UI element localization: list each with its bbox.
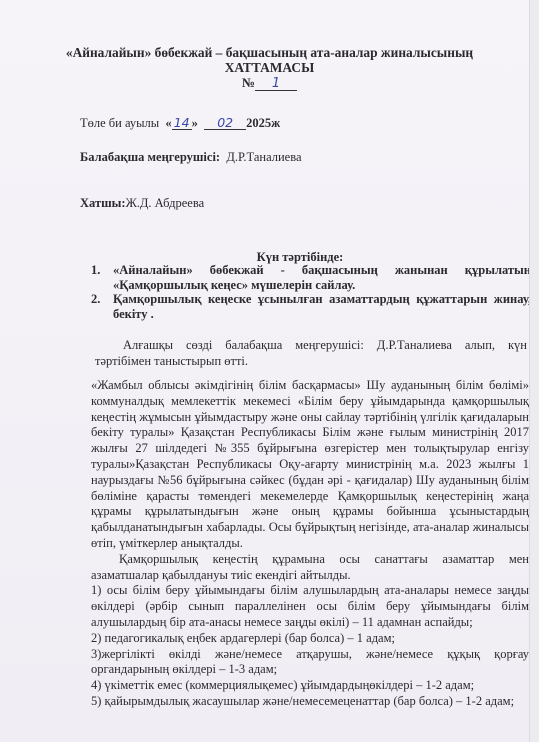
page-edge (529, 0, 539, 742)
opening-paragraph: Алғашқы сөзді балабақша меңгерушісі: Д.Р… (95, 338, 527, 370)
agenda-list: 1.«Айналайын» бөбекжай - бақшасының жаны… (91, 263, 531, 321)
date-year: 2025ж (246, 116, 280, 130)
document-subtitle: ХАТТАМАСЫ (0, 60, 539, 75)
document-page: «Айналайын» бөбекжай – бақшасының ата-ан… (0, 0, 530, 742)
list-item: 3)жергілікті өкілді және/немесе атқарушы… (91, 647, 529, 679)
head-label: Балабақша меңгерушісі: (80, 150, 220, 164)
document-title: «Айналайын» бөбекжай – бақшасының ата-ан… (0, 45, 539, 60)
agenda-item: 2.Қамқоршылық кеңеске ұсынылған азаматта… (91, 292, 531, 321)
document-header: «Айналайын» бөбекжай – бақшасының ата-ан… (0, 45, 539, 91)
place-name: Төле би ауылы (80, 116, 159, 130)
list-item: 5) қайырымдылық жасаушылар және/немесеме… (91, 694, 529, 710)
secretary-name: Ж.Д. Абдреева (126, 196, 205, 210)
number-label: № (242, 75, 255, 90)
list-item: 1) осы білім беру ұйымындағы білім алушы… (91, 583, 529, 630)
head-name: Д.Р.Таналиева (226, 150, 301, 164)
protocol-number: №1 (0, 75, 539, 91)
main-paragraph: «Жамбыл облысы әкімдігінің білім басқарм… (91, 378, 529, 710)
close-quote: » (192, 116, 198, 130)
list-item: 4) үкіметтік емес (коммерциялықемес) ұйы… (91, 678, 529, 694)
date-day: 14 (172, 117, 192, 130)
number-value: 1 (255, 78, 297, 91)
head-line: Балабақша меңгерушісі: Д.Р.Таналиева (80, 150, 302, 165)
date-month: 02 (204, 117, 246, 130)
agenda-item: 1.«Айналайын» бөбекжай - бақшасының жаны… (91, 263, 531, 292)
secretary-line: Хатшы:Ж.Д. Абдреева (80, 196, 204, 211)
date-line: Төле би ауылы «14» 022025ж (80, 116, 280, 131)
secretary-label: Хатшы: (80, 196, 126, 210)
list-item: 2) педагогикалық еңбек ардагерлері (бар … (91, 631, 529, 647)
